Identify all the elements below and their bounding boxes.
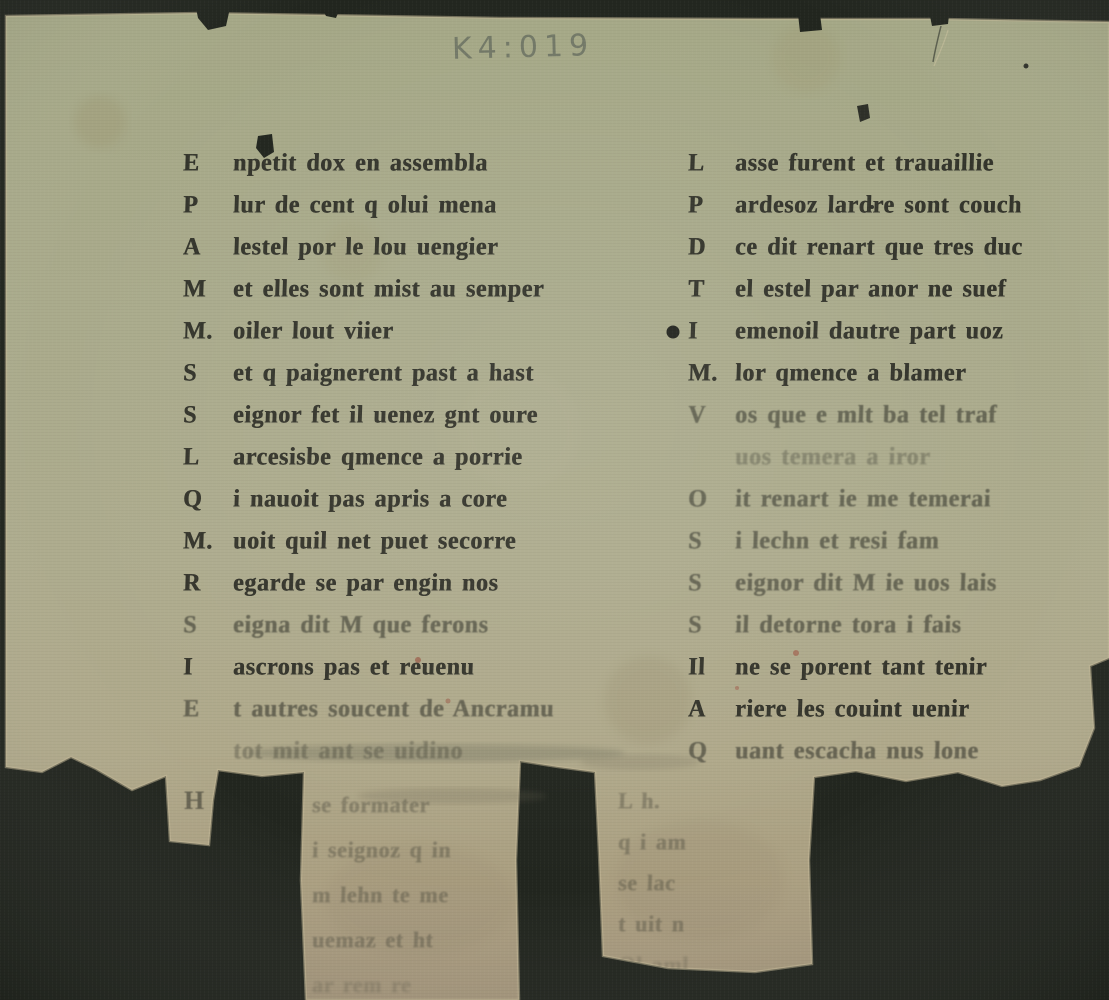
line-initial: S (183, 611, 234, 639)
line-initial: T (688, 275, 736, 303)
line-text: t autres soucent de Ancramu (233, 695, 555, 722)
line-initial: M (183, 275, 234, 303)
line-text: i nauoit pas apris a core (233, 485, 508, 512)
shelfmark-pencil: K4:019 (452, 28, 595, 67)
line-initial: S (688, 527, 736, 555)
manuscript-line: Ariere les couint uenir (688, 695, 970, 723)
manuscript-line: uemaz et ht (312, 926, 434, 953)
manuscript-line: M.lor qmence a blamer (688, 359, 967, 387)
line-text: npetit dox en assembla (233, 149, 489, 176)
line-initial: M. (183, 317, 234, 345)
line-text: eignor fet il uenez gnt oure (233, 401, 539, 428)
line-text: it renart ie me temerai (735, 485, 992, 512)
line-text: asse furent et trauaillie (735, 149, 995, 176)
line-initial: E (183, 149, 234, 177)
line-text: ce dit renart que tres duc (735, 233, 1024, 260)
text-layer: K4:019 Enpetit dox en assemblaPlur de ce… (0, 0, 1109, 1000)
line-initial: S (688, 569, 736, 597)
manuscript-line: Pardesoz lardre sont couch (688, 191, 1023, 219)
manuscript-line: Lasse furent et trauaillie (688, 149, 995, 177)
line-initial: Q (688, 737, 736, 765)
line-text: lestel por le lou uengier (233, 233, 499, 260)
manuscript-line: Vos que e mlt ba tel traf (688, 401, 998, 429)
manuscript-line: se formater (312, 791, 431, 818)
line-text: os que e mlt ba tel traf (735, 401, 998, 428)
line-text: eigna dit M que ferons (233, 611, 489, 638)
manuscript-line: Ilne se porent tant tenir (688, 653, 988, 681)
line-text: et elles sont mist au semper (233, 275, 545, 302)
line-initial: I (688, 317, 736, 345)
line-text: lur de cent q olui mena (233, 191, 498, 218)
manuscript-line: Met elles sont mist au semper (183, 275, 545, 303)
manuscript-line: Ql aml (618, 951, 690, 978)
line-text: lor qmence a blamer (735, 359, 967, 386)
line-initial: O (688, 485, 736, 513)
line-initial: R (183, 569, 234, 597)
manuscript-line: Enpetit dox en assembla (183, 149, 489, 177)
manuscript-line: m lehn te me (312, 881, 450, 908)
line-text: il detorne tora i fais (735, 611, 962, 638)
line-initial: M. (688, 359, 736, 387)
manuscript-line: Larcesisbe qmence a porrie (183, 443, 523, 471)
line-text: el estel par anor ne suef (735, 275, 1007, 302)
manuscript-line: M.uoit quil net puet secorre (183, 527, 517, 555)
line-text: oiler lout viier (233, 317, 394, 344)
manuscript-line: Seignor dit M ie uos lais (688, 569, 998, 597)
manuscript-line: Iascrons pas et reuenu (183, 653, 475, 681)
manuscript-line: Iemenoil dautre part uoz (688, 317, 1004, 345)
manuscript-line: Seignor fet il uenez gnt oure (183, 401, 539, 429)
line-text: uos temera a iror (735, 443, 931, 470)
line-initial: V (688, 401, 736, 429)
line-text: ascrons pas et reuenu (233, 653, 475, 680)
line-text: tot mit ant se uidino (233, 737, 464, 764)
line-text: uoit quil net puet secorre (233, 527, 517, 554)
line-text: emenoil dautre part uoz (735, 317, 1004, 344)
manuscript-line: Plur de cent q olui mena (183, 191, 498, 219)
line-initial: M. (183, 527, 234, 555)
line-initial: Il (688, 653, 736, 681)
line-initial: I (183, 653, 234, 681)
manuscript-line: Set q paignerent past a hast (183, 359, 535, 387)
manuscript-line: Regarde se par engin nos (183, 569, 499, 597)
line-text: riere les couint uenir (735, 695, 970, 722)
manuscript-line: Et autres soucent de Ancramu (183, 695, 555, 723)
line-text: i lechn et resi fam (735, 527, 940, 554)
line-text: arcesisbe qmence a porrie (233, 443, 523, 470)
manuscript-photo: K4:019 Enpetit dox en assemblaPlur de ce… (0, 0, 1109, 1000)
manuscript-line: Sil detorne tora i fais (688, 611, 962, 639)
manuscript-line: Alestel por le lou uengier (183, 233, 499, 261)
line-text: egarde se par engin nos (233, 569, 499, 596)
manuscript-line: M.oiler lout viier (183, 317, 394, 345)
line-initial: S (183, 359, 234, 387)
manuscript-line: Oit renart ie me temerai (688, 485, 992, 513)
manuscript-line: Si lechn et resi fam (688, 527, 940, 555)
manuscript-line: Quant escacha nus lone (688, 737, 980, 765)
line-initial: E (183, 695, 234, 723)
line-initial: D (688, 233, 736, 261)
line-initial: S (688, 611, 736, 639)
manuscript-line: se lac (618, 869, 676, 896)
line-text: eignor dit M ie uos lais (735, 569, 998, 596)
line-initial: P (688, 191, 736, 219)
line-initial: S (183, 401, 234, 429)
line-initial: L (688, 149, 736, 177)
manuscript-line: Seigna dit M que ferons (183, 611, 489, 639)
foot-fragment-letter: H (184, 786, 204, 816)
line-text: uant escacha nus lone (735, 737, 980, 764)
manuscript-line: Qi nauoit pas apris a core (183, 485, 508, 513)
line-text: ardesoz lardre sont couch (735, 191, 1023, 218)
line-text: ne se porent tant tenir (735, 653, 988, 680)
manuscript-line: L h. (618, 787, 661, 814)
manuscript-line: ar rem re (312, 971, 412, 998)
manuscript-line: uos temera a iror (688, 443, 931, 471)
manuscript-line: q i am (618, 828, 687, 855)
manuscript-line: Tel estel par anor ne suef (688, 275, 1007, 303)
line-initial: L (183, 443, 234, 471)
line-text: et q paignerent past a hast (233, 359, 535, 386)
line-initial: A (688, 695, 736, 723)
manuscript-line: tot mit ant se uidino (183, 737, 464, 765)
manuscript-line: Dce dit renart que tres duc (688, 233, 1024, 261)
manuscript-line: i seignoz q in (312, 836, 452, 863)
line-initial: A (183, 233, 234, 261)
line-initial: Q (183, 485, 234, 513)
manuscript-line: t uit n (618, 910, 685, 937)
line-initial: P (183, 191, 234, 219)
